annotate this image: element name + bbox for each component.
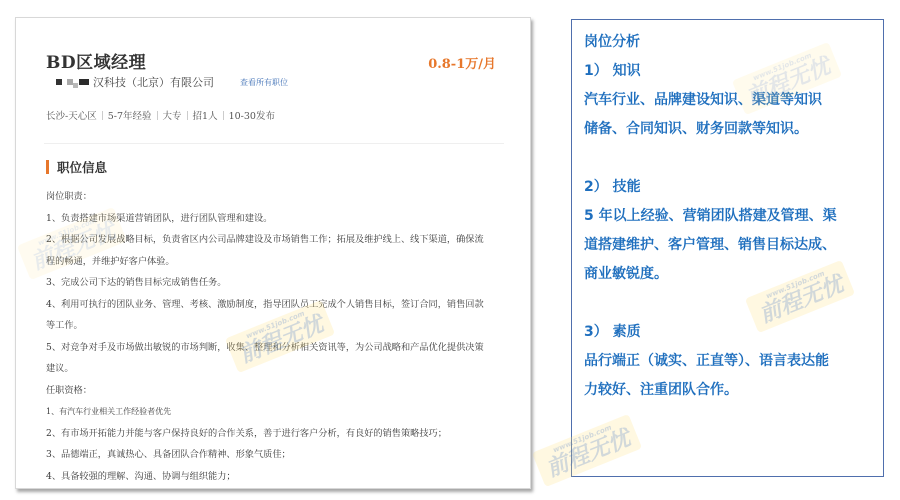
section-header: 职位信息	[46, 158, 107, 176]
desc-line: 1、负责搭建市场渠道营销团队，进行团队管理和建设。	[46, 208, 506, 230]
meta-education: 大专	[163, 108, 182, 122]
analysis-content: 岗位分析 1） 知识 汽车行业、品牌建设知识、渠道等知识 储备、合同知识、财务回…	[584, 28, 879, 405]
analysis-line: 道搭建维护、客户管理、销售目标达成、	[584, 231, 879, 260]
job-analysis-box: 岗位分析 1） 知识 汽车行业、品牌建设知识、渠道等知识 储备、合同知识、财务回…	[571, 19, 884, 477]
job-posting-card: BD区域经理 0.8-1万/月 汉科技（北京）有限公司 查看所有职位 长沙-天心…	[15, 17, 531, 489]
job-description: 岗位职责： 1、负责搭建市场渠道营销团队，进行团队管理和建设。 2、根据公司发展…	[46, 186, 506, 489]
desc-line: 3、品德端正，真诚热心、具备团队合作精神、形象气质佳；	[46, 444, 506, 466]
meta-headcount: 招1人	[193, 108, 218, 122]
company-name[interactable]: 汉科技（北京）有限公司	[93, 74, 214, 90]
salary: 0.8-1万/月	[428, 53, 496, 72]
desc-line: 等工作。	[46, 315, 506, 337]
job-title: BD区域经理	[46, 48, 146, 73]
desc-line-cut-off: 5、具备较强的语言表达和沟通能力，有过市场或者销售经验优先	[46, 487, 506, 489]
desc-line: 程的畅通，并维护好客户体验。	[46, 251, 506, 273]
meta-experience: 5-7年经验	[108, 108, 152, 122]
analysis-heading: 岗位分析	[584, 28, 879, 57]
desc-line: 建议。	[46, 358, 506, 380]
desc-line: 1、有汽车行业相关工作经验者优先	[46, 401, 506, 423]
company-logo-redacted-icon	[56, 77, 89, 88]
meta-separator	[157, 111, 158, 120]
meta-separator	[187, 111, 188, 120]
meta-separator	[223, 111, 224, 120]
desc-line: 5、对竞争对手及市场做出敏锐的市场判断，收集、整理和分析相关资讯等，为公司战略和…	[46, 337, 506, 359]
company-row: 汉科技（北京）有限公司 查看所有职位	[56, 74, 288, 90]
analysis-section-title-skills: 2） 技能	[584, 173, 879, 202]
analysis-line: 商业敏锐度。	[584, 260, 879, 289]
desc-line: 3、完成公司下达的销售目标完成销售任务。	[46, 272, 506, 294]
desc-line: 2、有市场开拓能力并能与客户保持良好的合作关系，善于进行客户分析，有良好的销售策…	[46, 423, 506, 445]
analysis-line: 汽车行业、品牌建设知识、渠道等知识	[584, 86, 879, 115]
analysis-line: 储备、合同知识、财务回款等知识。	[584, 115, 879, 144]
desc-line: 4、具备较强的理解、沟通、协调与组织能力；	[46, 466, 506, 488]
analysis-line: 5 年以上经验、营销团队搭建及管理、渠	[584, 202, 879, 231]
meta-separator	[102, 111, 103, 120]
analysis-line: 品行端正（诚实、正直等）、语言表达能	[584, 347, 879, 376]
desc-line: 2、根据公司发展战略目标，负责省区内公司品牌建设及市场销售工作；拓展及维护线上、…	[46, 229, 506, 251]
analysis-section-title-qualities: 3） 素质	[584, 318, 879, 347]
meta-location: 长沙-天心区	[46, 108, 97, 122]
analysis-line: 力较好、注重团队合作。	[584, 376, 879, 405]
desc-line: 任职资格：	[46, 380, 506, 402]
view-all-jobs-link[interactable]: 查看所有职位	[240, 77, 288, 88]
desc-line: 4、利用可执行的团队业务、管理、考核、激励制度，指导团队员工完成个人销售目标，签…	[46, 294, 506, 316]
spacer	[584, 144, 879, 173]
section-title: 职位信息	[57, 158, 107, 176]
desc-line: 岗位职责：	[46, 186, 506, 208]
section-accent-bar	[46, 160, 49, 174]
spacer	[584, 289, 879, 318]
meta-posted-date: 10-30发布	[229, 108, 275, 122]
divider	[44, 143, 504, 144]
job-meta: 长沙-天心区 5-7年经验 大专 招1人 10-30发布	[46, 108, 275, 122]
analysis-section-title-knowledge: 1） 知识	[584, 57, 879, 86]
